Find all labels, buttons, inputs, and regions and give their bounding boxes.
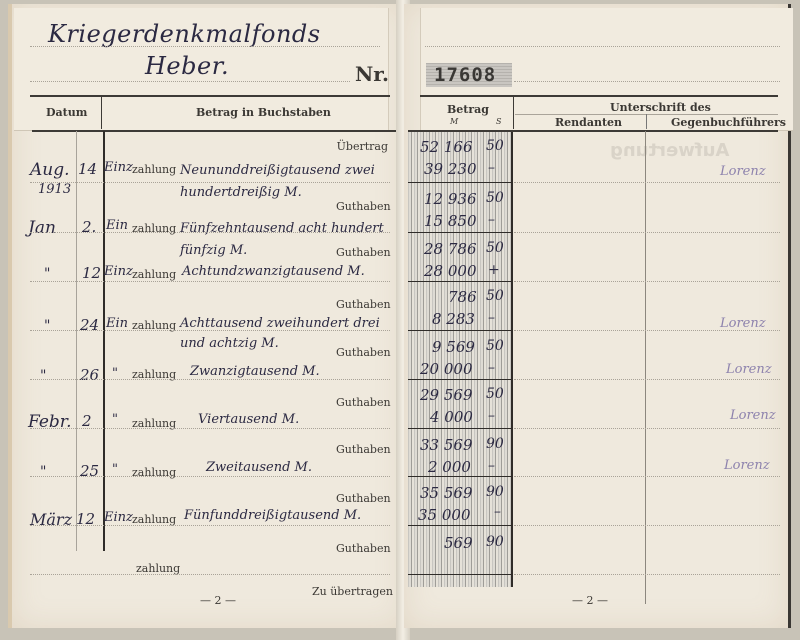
amount-pfennig: – bbox=[494, 504, 501, 520]
amount-row-rule bbox=[408, 476, 511, 477]
amount-row-rule bbox=[408, 379, 511, 380]
header-top-rule bbox=[30, 95, 390, 97]
dotted-line bbox=[30, 574, 390, 575]
zahlung-label: zahlung bbox=[132, 268, 176, 281]
amount-row-rule bbox=[408, 281, 511, 282]
amount-pfennig: – bbox=[488, 458, 495, 474]
entry-type: Ein bbox=[106, 218, 128, 233]
dotted-line bbox=[514, 232, 780, 233]
entry-day: 25 bbox=[80, 462, 99, 480]
amount-mark: 29 569 bbox=[420, 386, 473, 404]
account-holder-line2: Heber. bbox=[145, 52, 229, 80]
dotted-line bbox=[30, 281, 390, 282]
amount-pfennig: 50 bbox=[486, 190, 504, 206]
amount-pfennig: + bbox=[488, 262, 500, 278]
entry-amount-words: Zweitausend M. bbox=[206, 460, 312, 475]
entry-day: 14 bbox=[78, 160, 97, 178]
entry-month: Jan bbox=[28, 218, 56, 238]
header-divider bbox=[101, 96, 102, 129]
amount-mark: 28 786 bbox=[424, 240, 477, 258]
dotted-line bbox=[30, 379, 390, 380]
dotted-line bbox=[30, 81, 350, 82]
amount-mark: 20 000 bbox=[420, 360, 473, 378]
amount-mark: 28 000 bbox=[424, 262, 477, 280]
amount-pfennig: 90 bbox=[486, 484, 504, 500]
zahlung-label: zahlung bbox=[132, 466, 176, 479]
zahlung-label: zahlung bbox=[132, 222, 176, 235]
amount-pfennig: – bbox=[488, 212, 495, 228]
entry-amount-words: Zwanzigtausend M. bbox=[190, 364, 320, 379]
entry-amount-words: Achtundzwanzigtausend M. bbox=[182, 264, 365, 279]
amount-pfennig: 50 bbox=[486, 338, 504, 354]
dotted-line bbox=[30, 46, 380, 47]
header-subdivider bbox=[646, 114, 647, 129]
entry-type: Einz bbox=[104, 160, 133, 175]
entry-month: " bbox=[44, 266, 50, 282]
ledger-book: Kriegerdenkmalfonds Heber. Nr. Datum Bet… bbox=[0, 0, 800, 640]
betrag-in-buchstaben-header: Betrag in Buchstaben bbox=[196, 106, 331, 119]
amount-mark: 15 850 bbox=[424, 212, 477, 230]
amount-pfennig: 50 bbox=[486, 240, 504, 256]
amount-mark: 52 166 bbox=[420, 138, 473, 156]
amount-pfennig: 50 bbox=[486, 288, 504, 304]
dotted-line bbox=[514, 574, 780, 575]
dotted-line bbox=[514, 281, 780, 282]
entry-month: Febr. bbox=[28, 412, 71, 432]
amount-mark: 569 bbox=[444, 534, 473, 552]
account-number-box: 17608 bbox=[426, 63, 512, 87]
page-number-left: — 2 — bbox=[200, 594, 236, 607]
dotted-line bbox=[30, 476, 390, 477]
day-column-line bbox=[76, 131, 77, 551]
dotted-line bbox=[30, 525, 390, 526]
amount-mark: 12 936 bbox=[424, 190, 477, 208]
dotted-line bbox=[30, 330, 390, 331]
amount-row-rule bbox=[408, 428, 511, 429]
betrag-header: Betrag bbox=[447, 103, 489, 116]
pfennig-symbol: S bbox=[496, 117, 501, 126]
signature: Lorenz bbox=[724, 458, 770, 473]
dotted-line bbox=[514, 379, 780, 380]
dotted-line bbox=[30, 428, 390, 429]
account-number: 17608 bbox=[434, 64, 496, 86]
account-holder-line1: Kriegerdenkmalfonds bbox=[48, 20, 321, 48]
amount-row-rule bbox=[408, 525, 511, 526]
mark-symbol: M bbox=[450, 117, 458, 126]
amount-mark: 4 000 bbox=[430, 408, 473, 426]
dotted-line bbox=[514, 428, 780, 429]
unterschrift-des-header: Unterschrift des bbox=[610, 101, 711, 114]
header-divider bbox=[513, 96, 514, 129]
entry-year: 1913 bbox=[38, 182, 71, 197]
amount-mark: 33 569 bbox=[420, 436, 473, 454]
entry-month: " bbox=[40, 368, 46, 384]
entry-month: März bbox=[30, 510, 72, 529]
amount-mark: 39 230 bbox=[424, 160, 477, 178]
entry-amount-words: Fünfunddreißigtausend M. bbox=[184, 508, 361, 523]
amount-mark: 2 000 bbox=[428, 458, 471, 476]
entry-month: " bbox=[40, 464, 46, 480]
zahlung-label: zahlung bbox=[132, 163, 176, 176]
amount-mark: 8 283 bbox=[432, 310, 475, 328]
amount-pfennig: – bbox=[488, 360, 495, 376]
amount-row-rule bbox=[408, 574, 511, 575]
amount-row-rule bbox=[408, 330, 511, 331]
amount-mark: 35 000 bbox=[418, 506, 471, 524]
text-column-line bbox=[103, 131, 105, 551]
amount-pfennig: 50 bbox=[486, 138, 504, 154]
entry-type: Einz bbox=[104, 264, 133, 279]
entry-amount-words: Viertausend M. bbox=[198, 412, 299, 427]
entry-type: " bbox=[112, 462, 118, 477]
dotted-line bbox=[425, 46, 780, 47]
entry-month: " bbox=[44, 318, 50, 334]
entry-day: 2. bbox=[82, 218, 96, 236]
signature: Lorenz bbox=[726, 362, 772, 377]
header-bottom-rule bbox=[32, 130, 402, 132]
page-number-right: — 2 — bbox=[572, 594, 608, 607]
amount-pfennig: 90 bbox=[486, 436, 504, 452]
entry-type: Ein bbox=[106, 316, 128, 331]
signature: Lorenz bbox=[720, 164, 766, 179]
dotted-line bbox=[30, 182, 390, 183]
amount-pfennig: 90 bbox=[486, 534, 504, 550]
signature-divider bbox=[645, 131, 646, 604]
rendanten-header: Rendanten bbox=[555, 116, 622, 129]
dotted-line bbox=[514, 81, 780, 82]
gegenbuchfuehrers-header: Gegenbuchführers bbox=[671, 116, 786, 129]
header-top-rule bbox=[420, 95, 778, 97]
dotted-line bbox=[30, 232, 390, 233]
signature: Lorenz bbox=[720, 316, 766, 331]
entry-month: Aug. bbox=[30, 160, 70, 180]
amount-mark: 35 569 bbox=[420, 484, 473, 502]
datum-header: Datum bbox=[46, 106, 87, 119]
amount-pfennig: – bbox=[488, 310, 495, 326]
entry-day: 24 bbox=[80, 316, 99, 334]
dotted-line bbox=[514, 182, 780, 183]
amount-pfennig: 50 bbox=[486, 386, 504, 402]
amount-row-rule bbox=[408, 232, 511, 233]
uebertrag-label: Übertrag bbox=[337, 140, 388, 153]
dotted-line bbox=[514, 476, 780, 477]
amount-mark: 786 bbox=[448, 288, 477, 306]
amount-row-rule bbox=[408, 182, 511, 183]
entry-type: " bbox=[112, 412, 118, 427]
entry-day: 26 bbox=[80, 366, 99, 384]
nr-label: Nr. bbox=[355, 62, 389, 86]
amount-mark: 9 569 bbox=[432, 338, 475, 356]
amount-pfennig: – bbox=[488, 160, 495, 176]
show-through-text: Aufwertung bbox=[610, 140, 729, 161]
zu-uebertragen-label: Zu übertragen bbox=[312, 585, 393, 598]
signature: Lorenz bbox=[730, 408, 776, 423]
dotted-line bbox=[514, 525, 780, 526]
entry-day: 12 bbox=[82, 264, 101, 282]
entry-type: Einz bbox=[104, 510, 133, 525]
amount-pfennig: – bbox=[488, 408, 495, 424]
